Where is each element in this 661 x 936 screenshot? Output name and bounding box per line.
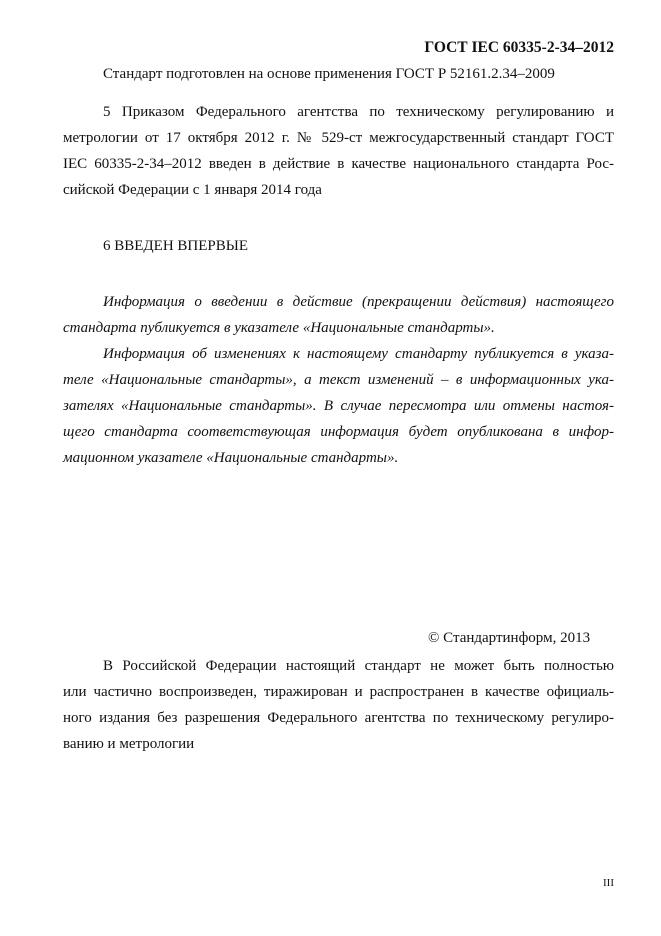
section-5-line: сийской Федерации с 1 января 2014 года	[63, 180, 614, 200]
info-paragraph-line: теле «Национальные стандарты», а текст и…	[63, 370, 614, 390]
info-paragraph-line: зателях «Национальные стандарты». В случ…	[63, 396, 614, 416]
rights-paragraph-line: В Российской Федерации настоящий стандар…	[103, 656, 614, 676]
info-paragraph-line: мационном указателе «Национальные станда…	[63, 448, 614, 468]
info-paragraph-line: стандарта публикуется в указателе «Нацио…	[63, 318, 614, 338]
info-paragraph-line: Информация об изменениях к настоящему ст…	[103, 344, 614, 364]
info-paragraph-line: щего стандарта соответствующая информаци…	[63, 422, 614, 442]
page-number: III	[603, 876, 614, 890]
rights-paragraph-line: или частично воспроизведен, тиражирован …	[63, 682, 614, 702]
rights-paragraph-line: ванию и метрологии	[63, 734, 614, 754]
rights-paragraph-line: ного издания без разрешения Федерального…	[63, 708, 614, 728]
section-5-line: 5 Приказом Федерального агентства по тех…	[103, 102, 614, 122]
prepared-note: Стандарт подготовлен на основе применени…	[103, 64, 614, 84]
copyright-notice: © Стандартинформ, 2013	[428, 628, 590, 648]
info-paragraph-line: Информация о введении в действие (прекра…	[103, 292, 614, 312]
document-page: ГОСТ IEC 60335-2-34–2012 Стандарт подгот…	[0, 0, 661, 936]
document-code-header: ГОСТ IEC 60335-2-34–2012	[424, 38, 614, 58]
section-5-line: метрологии от 17 октября 2012 г. № 529-с…	[63, 128, 614, 148]
section-6-heading: 6 ВВЕДЕН ВПЕРВЫЕ	[103, 236, 614, 256]
section-5-line: IEC 60335-2-34–2012 введен в действие в …	[63, 154, 614, 174]
